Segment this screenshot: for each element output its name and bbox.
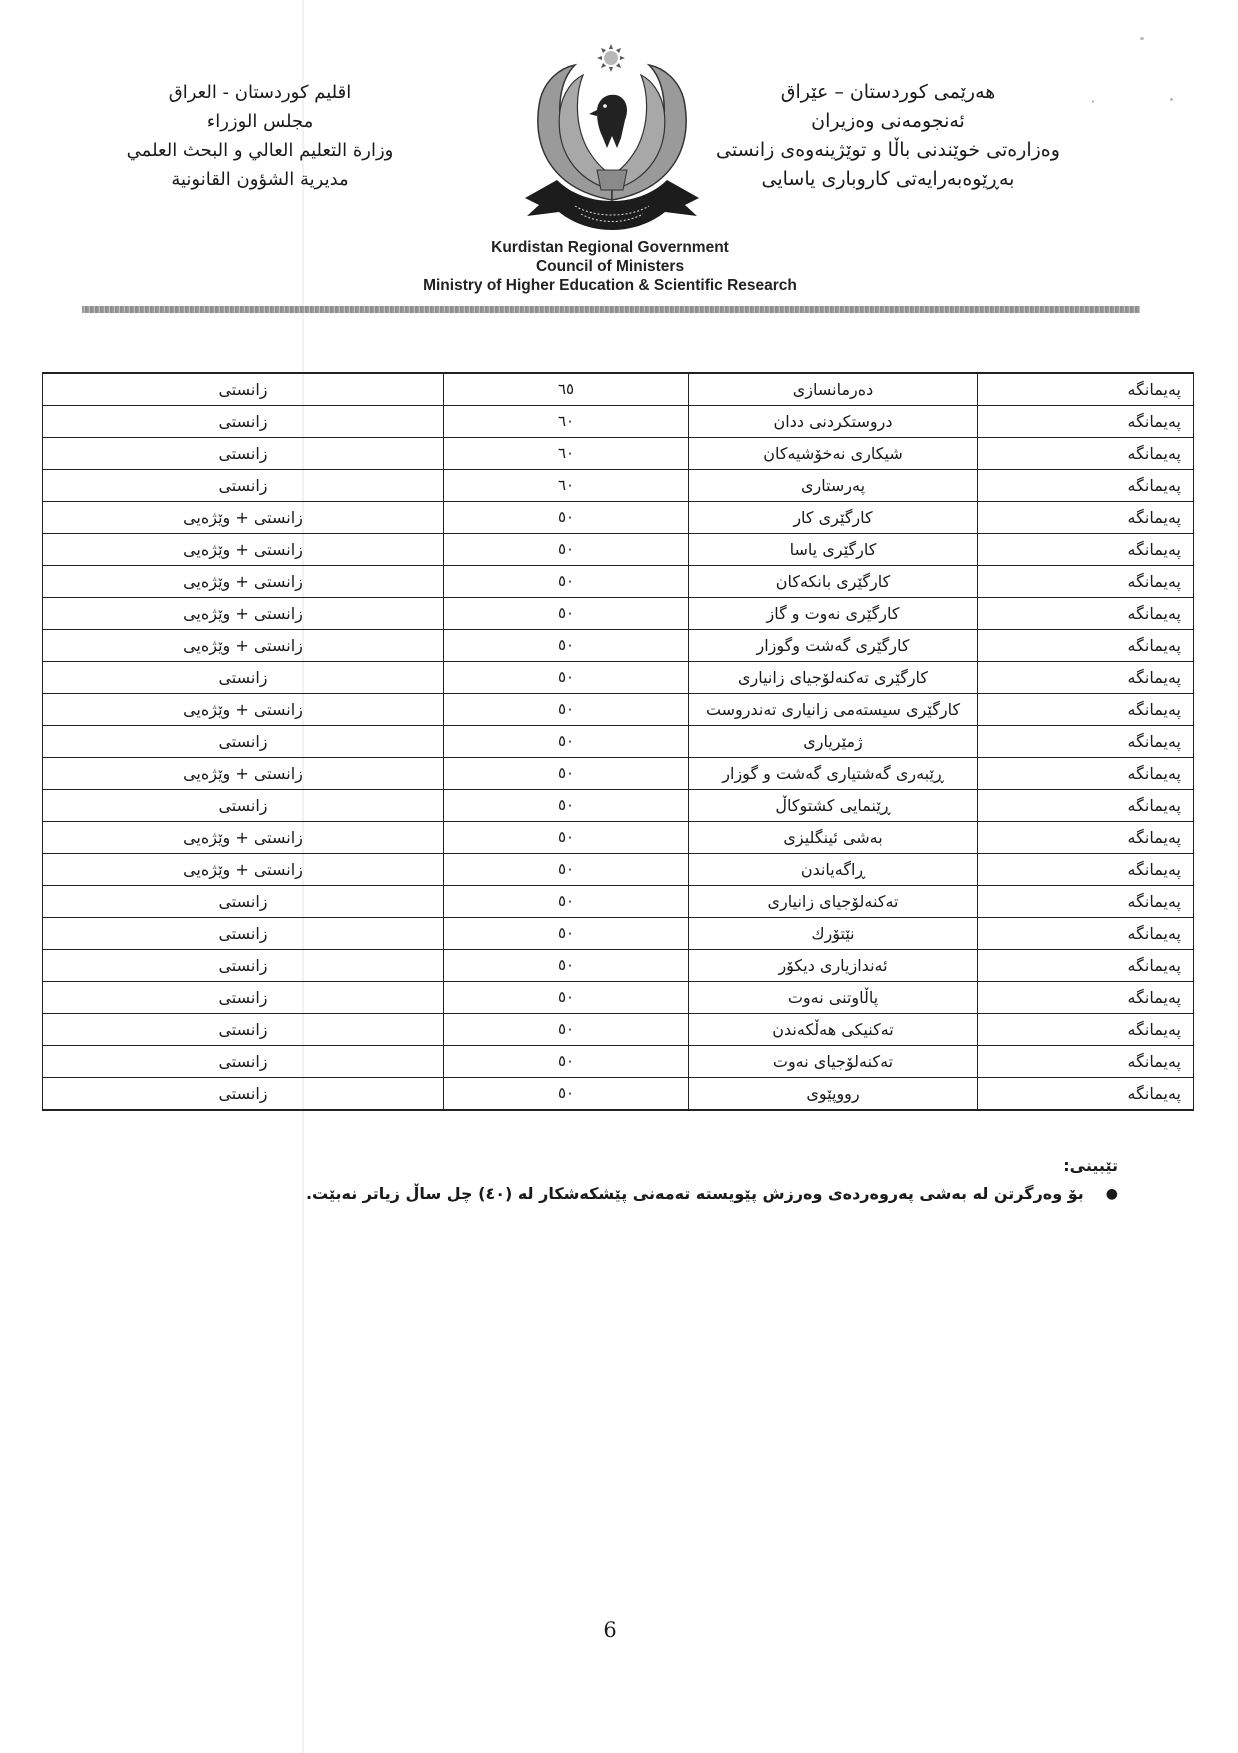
cell-min-score: ٥٠: [444, 694, 689, 726]
table-row: پەیمانگەکارگێری تەکنەلۆجیای زانیاری٥٠زان…: [43, 662, 1194, 694]
cell-branch: زانستی: [43, 662, 444, 694]
cell-min-score: ٦٠: [444, 438, 689, 470]
cell-type: پەیمانگە: [978, 662, 1194, 694]
cell-branch: زانستی + وێژەیی: [43, 630, 444, 662]
cell-type: پەیمانگە: [978, 854, 1194, 886]
cell-min-score: ٦٥: [444, 373, 689, 406]
cell-type: پەیمانگە: [978, 1078, 1194, 1111]
cell-min-score: ٥٠: [444, 502, 689, 534]
cell-type: پەیمانگە: [978, 790, 1194, 822]
header-divider: [82, 306, 1140, 313]
header-arabic-line: مجلس الوزراء: [115, 107, 405, 136]
cell-type: پەیمانگە: [978, 822, 1194, 854]
table-row: پەیمانگەتەکنەلۆجیای زانیاری٥٠زانستی: [43, 886, 1194, 918]
table-row: پەیمانگەتەکنەلۆجیای نەوت٥٠زانستی: [43, 1046, 1194, 1078]
cell-department: کارگێری بانکەکان: [689, 566, 978, 598]
cell-department: دەرمانسازی: [689, 373, 978, 406]
cell-branch: زانستی + وێژەیی: [43, 534, 444, 566]
cell-department: شیکاری نەخۆشیەکان: [689, 438, 978, 470]
cell-branch: زانستی: [43, 470, 444, 502]
header-arabic-line: مديرية الشؤون القانونية: [115, 165, 405, 194]
table-row: پەیمانگەتەکنیکی هەڵکەندن٥٠زانستی: [43, 1014, 1194, 1046]
cell-branch: زانستی + وێژەیی: [43, 854, 444, 886]
cell-type: پەیمانگە: [978, 406, 1194, 438]
header-arabic: اقليم كوردستان - العراق مجلس الوزراء وزا…: [115, 78, 405, 194]
cell-branch: زانستی + وێژەیی: [43, 822, 444, 854]
cell-branch: زانستی + وێژەیی: [43, 566, 444, 598]
header-arabic-line: اقليم كوردستان - العراق: [115, 78, 405, 107]
cell-department: تەکنەلۆجیای نەوت: [689, 1046, 978, 1078]
cell-min-score: ٥٠: [444, 1046, 689, 1078]
cell-min-score: ٥٠: [444, 854, 689, 886]
cell-min-score: ٥٠: [444, 918, 689, 950]
cell-type: پەیمانگە: [978, 566, 1194, 598]
table-row: پەیمانگەڕێبەری گەشتیاری گەشت و گوزار٥٠زا…: [43, 758, 1194, 790]
departments-table: پەیمانگەدەرمانسازی٦٥زانستیپەیمانگەدروستک…: [42, 372, 1194, 1111]
table-row: پەیمانگەئەندازیاری دیکۆر٥٠زانستی: [43, 950, 1194, 982]
cell-branch: زانستی: [43, 886, 444, 918]
table-row: پەیمانگەکارگێری نەوت و گاز٥٠زانستی + وێژ…: [43, 598, 1194, 630]
kurdistan-emblem-icon: [505, 40, 720, 235]
cell-department: دروستکردنی ددان: [689, 406, 978, 438]
cell-branch: زانستی + وێژەیی: [43, 694, 444, 726]
cell-branch: زانستی: [43, 373, 444, 406]
bullet-icon: ●: [1106, 1181, 1118, 1207]
cell-min-score: ٥٠: [444, 950, 689, 982]
table-row: پەیمانگەکارگێری یاسا٥٠زانستی + وێژەیی: [43, 534, 1194, 566]
cell-department: تەکنەلۆجیای زانیاری: [689, 886, 978, 918]
cell-department: کارگێری یاسا: [689, 534, 978, 566]
header-english-line: Council of Ministers: [380, 257, 840, 276]
table-row: پەیمانگەژمێریاری٥٠زانستی: [43, 726, 1194, 758]
cell-min-score: ٥٠: [444, 598, 689, 630]
cell-min-score: ٥٠: [444, 662, 689, 694]
cell-type: پەیمانگە: [978, 950, 1194, 982]
scan-speck: [1092, 100, 1094, 103]
cell-min-score: ٥٠: [444, 790, 689, 822]
cell-department: ڕێبەری گەشتیاری گەشت و گوزار: [689, 758, 978, 790]
cell-department: پاڵاوتنی نەوت: [689, 982, 978, 1014]
cell-type: پەیمانگە: [978, 758, 1194, 790]
cell-branch: زانستی: [43, 406, 444, 438]
cell-min-score: ٥٠: [444, 726, 689, 758]
cell-min-score: ٥٠: [444, 566, 689, 598]
cell-type: پەیمانگە: [978, 1046, 1194, 1078]
table-row: پەیمانگەکارگێری بانکەکان٥٠زانستی + وێژەی…: [43, 566, 1194, 598]
cell-branch: زانستی + وێژەیی: [43, 758, 444, 790]
cell-type: پەیمانگە: [978, 373, 1194, 406]
table-row: پەیمانگەکارگێری کار٥٠زانستی + وێژەیی: [43, 502, 1194, 534]
header-arabic-line: وزارة التعليم العالي و البحث العلمي: [115, 136, 405, 165]
cell-branch: زانستی: [43, 950, 444, 982]
table-row: پەیمانگەنێتۆرك٥٠زانستی: [43, 918, 1194, 950]
cell-department: ئەندازیاری دیکۆر: [689, 950, 978, 982]
cell-type: پەیمانگە: [978, 630, 1194, 662]
cell-type: پەیمانگە: [978, 886, 1194, 918]
cell-type: پەیمانگە: [978, 918, 1194, 950]
cell-min-score: ٥٠: [444, 534, 689, 566]
cell-department: پەرستاری: [689, 470, 978, 502]
header-english-line: Ministry of Higher Education & Scientifi…: [380, 276, 840, 295]
header-kurdish-line: ئەنجومەنی وەزیران: [668, 107, 1108, 136]
table-row: پەیمانگەکارگێری گەشت وگوزار٥٠زانستی + وێ…: [43, 630, 1194, 662]
table-row: پەیمانگەرووپێوی٥٠زانستی: [43, 1078, 1194, 1111]
note-section: تێبینی: ● بۆ وەرگرتن لە بەشی پەروەردەی و…: [218, 1153, 1118, 1207]
cell-min-score: ٦٠: [444, 406, 689, 438]
header-kurdish-line: وەزارەتی خوێندنی باڵا و توێژینەوەی زانست…: [668, 136, 1108, 165]
cell-department: کارگێری نەوت و گاز: [689, 598, 978, 630]
scan-speck: [1140, 37, 1144, 40]
page-number: 6: [595, 1618, 625, 1642]
header-kurdish: هەرێمی کوردستان – عێراق ئەنجومەنی وەزیرا…: [668, 78, 1108, 194]
cell-department: کارگێری کار: [689, 502, 978, 534]
cell-min-score: ٥٠: [444, 822, 689, 854]
cell-department: نێتۆرك: [689, 918, 978, 950]
cell-type: پەیمانگە: [978, 598, 1194, 630]
header-english: Kurdistan Regional Government Council of…: [380, 238, 840, 295]
cell-min-score: ٥٠: [444, 982, 689, 1014]
cell-department: ڕاگەیاندن: [689, 854, 978, 886]
cell-type: پەیمانگە: [978, 1014, 1194, 1046]
table-row: پەیمانگەشیکاری نەخۆشیەکان٦٠زانستی: [43, 438, 1194, 470]
cell-type: پەیمانگە: [978, 438, 1194, 470]
table-row: پەیمانگەدەرمانسازی٦٥زانستی: [43, 373, 1194, 406]
cell-min-score: ٥٠: [444, 1078, 689, 1111]
header-english-line: Kurdistan Regional Government: [380, 238, 840, 257]
note-title: تێبینی:: [218, 1153, 1118, 1179]
cell-branch: زانستی + وێژەیی: [43, 502, 444, 534]
cell-type: پەیمانگە: [978, 470, 1194, 502]
cell-type: پەیمانگە: [978, 982, 1194, 1014]
header-kurdish-line: بەڕێوەبەرایەتی کاروباری یاسایی: [668, 165, 1108, 194]
note-item: ● بۆ وەرگرتن لە بەشی پەروەردەی وەرزش پێو…: [218, 1181, 1118, 1207]
header-kurdish-line: هەرێمی کوردستان – عێراق: [668, 78, 1108, 107]
cell-min-score: ٦٠: [444, 470, 689, 502]
cell-type: پەیمانگە: [978, 726, 1194, 758]
table-row: پەیمانگەڕێنمایی کشتوکاڵ٥٠زانستی: [43, 790, 1194, 822]
cell-branch: زانستی: [43, 1078, 444, 1111]
cell-min-score: ٥٠: [444, 630, 689, 662]
scan-speck: [1170, 98, 1173, 101]
cell-department: ژمێریاری: [689, 726, 978, 758]
table-row: پەیمانگەپەرستاری٦٠زانستی: [43, 470, 1194, 502]
table-row: پەیمانگەبەشی ئینگلیزی٥٠زانستی + وێژەیی: [43, 822, 1194, 854]
table-row: پەیمانگەدروستکردنی ددان٦٠زانستی: [43, 406, 1194, 438]
cell-type: پەیمانگە: [978, 502, 1194, 534]
cell-branch: زانستی: [43, 918, 444, 950]
cell-min-score: ٥٠: [444, 886, 689, 918]
cell-department: کارگێری گەشت وگوزار: [689, 630, 978, 662]
cell-department: تەکنیکی هەڵکەندن: [689, 1014, 978, 1046]
table-row: پەیمانگەکارگێری سیستەمی زانیاری تەندروست…: [43, 694, 1194, 726]
cell-department: رووپێوی: [689, 1078, 978, 1111]
cell-min-score: ٥٠: [444, 758, 689, 790]
table-row: پەیمانگەڕاگەیاندن٥٠زانستی + وێژەیی: [43, 854, 1194, 886]
cell-branch: زانستی: [43, 726, 444, 758]
cell-branch: زانستی: [43, 1046, 444, 1078]
cell-department: بەشی ئینگلیزی: [689, 822, 978, 854]
cell-branch: زانستی: [43, 1014, 444, 1046]
cell-type: پەیمانگە: [978, 534, 1194, 566]
cell-department: کارگێری سیستەمی زانیاری تەندروست: [689, 694, 978, 726]
cell-branch: زانستی: [43, 982, 444, 1014]
cell-min-score: ٥٠: [444, 1014, 689, 1046]
cell-type: پەیمانگە: [978, 694, 1194, 726]
cell-branch: زانستی + وێژەیی: [43, 598, 444, 630]
cell-branch: زانستی: [43, 790, 444, 822]
note-item-text: بۆ وەرگرتن لە بەشی پەروەردەی وەرزش پێویس…: [306, 1181, 1084, 1207]
cell-department: ڕێنمایی کشتوکاڵ: [689, 790, 978, 822]
table-row: پەیمانگەپاڵاوتنی نەوت٥٠زانستی: [43, 982, 1194, 1014]
cell-department: کارگێری تەکنەلۆجیای زانیاری: [689, 662, 978, 694]
cell-branch: زانستی: [43, 438, 444, 470]
